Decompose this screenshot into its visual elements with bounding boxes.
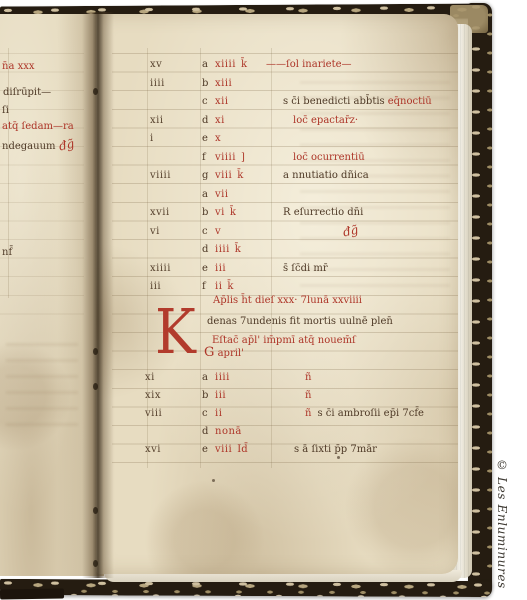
roman-date: ii: [215, 407, 222, 420]
calendar-row: viii c ii ñs c̄i ambroſii ep̄i 7cf̄e: [0, 407, 527, 421]
golden-number: xvi: [145, 443, 161, 456]
golden-number: xi: [145, 371, 155, 384]
dominical-letter: c: [202, 407, 208, 420]
feast-entry: ——ſol inariete—: [266, 58, 352, 71]
golden-number: xiiii: [150, 262, 171, 275]
dominical-letter: b: [202, 77, 208, 90]
dominical-letter: e: [202, 443, 208, 456]
roman-date: x: [215, 132, 221, 145]
month-verse: denas 7undenis fit mortis uulnē plen̄: [207, 315, 393, 328]
golden-number: iii: [150, 280, 161, 293]
roman-date: xi: [215, 114, 225, 127]
copyright-text: © Les Enluminures: [495, 458, 509, 598]
golden-number: xvii: [150, 206, 170, 219]
roman-date: iiii: [215, 243, 230, 256]
calendar-row: d iiiik̄: [0, 243, 527, 257]
kalends-mark: k̄: [241, 58, 247, 71]
roman-date: xiii: [215, 77, 232, 90]
calendar-row: xi a iiii ñ: [0, 371, 527, 385]
roman-date: viii: [215, 443, 232, 456]
golden-number: xv: [150, 58, 162, 71]
calendar-row: viiii g viiik̄ a nnutiatio dñica: [0, 169, 527, 183]
feast-entry: a nnutiatio dñica: [283, 169, 369, 182]
roman-date: vi: [215, 206, 225, 219]
calendar-row: iiii b xiii: [0, 77, 527, 91]
dominical-letter: a: [202, 371, 208, 384]
roman-date: iii: [215, 262, 226, 275]
calendar-row: xvi e viiiId̄ s ā ſixti p̄p 7mār: [0, 443, 527, 457]
calendar-row: xii d xi loc̄ epactar̄z·: [0, 114, 527, 128]
calendar-row: i e x: [0, 132, 527, 146]
roman-date: v: [215, 225, 221, 238]
kalends-mark: k̄: [237, 169, 243, 182]
feast-entry: loc̄ ocurrentiū: [293, 151, 365, 164]
kalends-line: G april': [204, 346, 244, 360]
idus-mark: Id̄: [237, 443, 247, 456]
dominical-letter: d: [202, 114, 208, 127]
dominical-letter: a: [202, 58, 208, 71]
golden-number: xii: [150, 114, 164, 127]
kalends-mark: k̄: [227, 280, 233, 293]
roman-date: xiiii: [215, 58, 236, 71]
golden-number: viiii: [150, 169, 171, 182]
calendar-row: xiiii e iii s̄ ſc̄di mr̄: [0, 262, 527, 276]
dominical-letter: g: [202, 169, 208, 182]
roman-date: iiii: [215, 371, 230, 384]
feast-entry: loc̄ epactar̄z·: [293, 114, 358, 127]
calendar-row: a vii: [0, 188, 527, 202]
roman-date: viii: [215, 169, 232, 182]
month-title: Ap̄lis h̄t dieſ xxx· 7lunā xxviiii: [213, 294, 362, 307]
nones-mark: ñ: [305, 371, 311, 384]
golden-number: viii: [145, 407, 162, 420]
dominical-letter: G: [204, 345, 214, 360]
dominical-letter: b: [202, 206, 208, 219]
feast-entry: eq̄noctiū: [388, 95, 432, 108]
kl-initial: K: [155, 302, 196, 362]
calendar-row: d nonā: [0, 425, 527, 439]
feast-entry: s̄ ſc̄di mr̄: [283, 262, 328, 275]
dominical-letter: b: [202, 389, 208, 402]
kalends-mark: k̄: [230, 206, 236, 219]
golden-number: i: [150, 132, 154, 145]
calendar-row: xv a xiiiik̄ ——ſol inariete—: [0, 58, 527, 72]
dominical-letter: c: [202, 225, 208, 238]
calendar-row: xix b iii ñ: [0, 389, 527, 403]
feast-entry: s c̄i benedicti abb̄tis: [283, 95, 385, 108]
pen-flourish: đg̃: [342, 224, 360, 240]
golden-number: iiii: [150, 77, 165, 90]
dominical-letter: e: [202, 262, 208, 275]
dominical-letter: d: [202, 243, 208, 256]
roman-date: viiii: [215, 151, 236, 164]
dominical-letter: f: [202, 280, 206, 293]
roman-date: ii: [215, 280, 222, 293]
dominical-letter: c: [202, 95, 208, 108]
kalends-mark: k̄: [235, 243, 241, 256]
feast-entry: R eſurrectio dn̄i: [283, 206, 363, 219]
golden-number: xix: [145, 389, 161, 402]
roman-date: vii: [215, 188, 229, 201]
dominical-letter: a: [202, 188, 208, 201]
nones-mark: ñ: [305, 407, 311, 420]
manuscript-photo: n̄a xxx diſrūpit— ſi atq̄ ſedam—ra ndega…: [0, 0, 527, 600]
dominical-letter: e: [202, 132, 208, 145]
calendar-row: c xii s c̄i benedicti abb̄tiseq̄noctiū: [0, 95, 527, 109]
month-name: april': [218, 348, 244, 359]
roman-date: xii: [215, 95, 229, 108]
line-fill-mark: ]: [241, 151, 245, 164]
feast-entry: s c̄i ambroſii ep̄i 7cf̄e: [317, 407, 424, 420]
dominical-letter: d: [202, 425, 208, 438]
calendar-row: vi c v đg̃: [0, 225, 527, 239]
calendar-row: iii f iik̄: [0, 280, 527, 294]
calendar-row: xvii b vik̄ R eſurrectio dn̄i: [0, 206, 527, 220]
manuscript-text: n̄a xxx diſrūpit— ſi atq̄ ſedam—ra ndega…: [0, 0, 527, 600]
nones-mark: ñ: [305, 389, 311, 402]
dominical-letter: f: [202, 151, 206, 164]
roman-date: nonā: [215, 425, 242, 438]
golden-number: vi: [150, 225, 160, 238]
feast-entry: s ā ſixti p̄p 7mār: [294, 443, 377, 456]
calendar-row: f viiii] loc̄ ocurrentiū: [0, 151, 527, 165]
roman-date: iii: [215, 389, 226, 402]
